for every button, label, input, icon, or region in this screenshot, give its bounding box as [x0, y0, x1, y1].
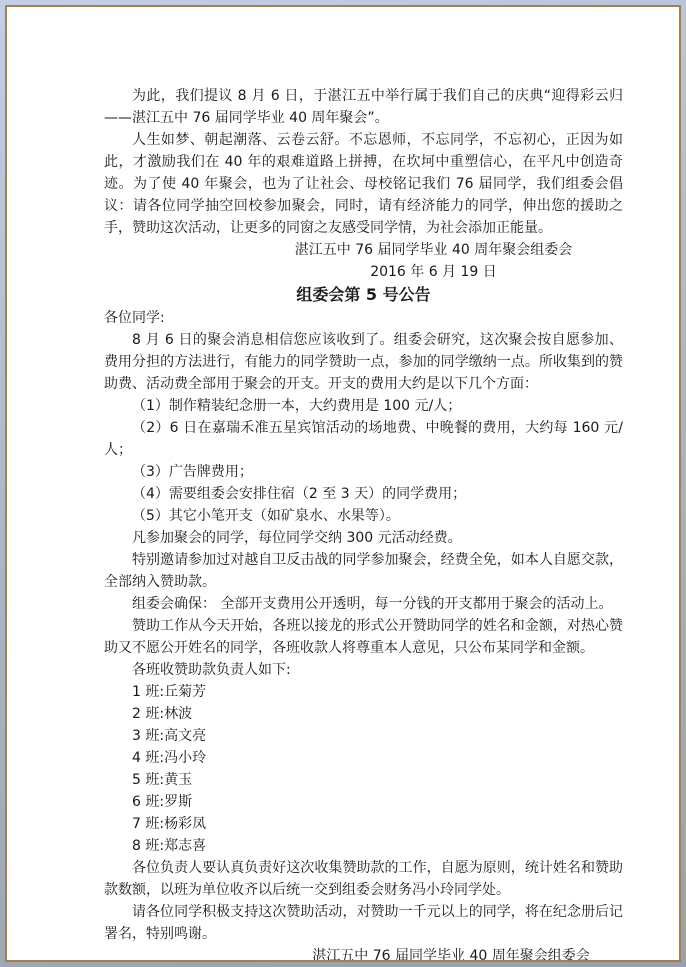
collector-class-6: 6 班:罗斯 [104, 791, 623, 813]
fee-paragraph-1: 凡参加聚会的同学，每位同学交纳 300 元活动经费。 [104, 527, 623, 549]
collector-class-1: 1 班:丘菊芳 [104, 681, 623, 703]
fee-paragraph-4: 赞助工作从今天开始，各班以接龙的形式公开赞助同学的姓名和金额，对热心赞助又不愿公… [104, 615, 623, 659]
intro-paragraph-2: 人生如梦、朝起潮落、云卷云舒。不忘恩师，不忘同学，不忘初心，正因为如此，才激励我… [104, 129, 623, 239]
closing-signature: 湛江五中 76 届同学毕业 40 周年聚会组委会 [104, 945, 623, 962]
expense-item-2: （2）6 日在嘉瑞禾准五星宾馆活动的场地费、中晚餐的费用，大约每 160 元/人… [104, 417, 623, 461]
closing-paragraph-2: 请各位同学积极支持这次赞助活动，对赞助一千元以上的同学，将在纪念册后记署名，特别… [104, 901, 623, 945]
collector-class-4: 4 班:冯小玲 [104, 747, 623, 769]
document-content: 为此，我们提议 8 月 6 日，于湛江五中举行属于我们自己的庆典“迎得彩云归——… [7, 7, 679, 962]
collector-class-8: 8 班:郑志喜 [104, 835, 623, 857]
signature-date: 2016 年 6 月 19 日 [244, 261, 623, 283]
document-page: 为此，我们提议 8 月 6 日，于湛江五中举行属于我们自己的庆典“迎得彩云归——… [5, 5, 681, 962]
document-frame: 为此，我们提议 8 月 6 日，于湛江五中举行属于我们自己的庆典“迎得彩云归——… [0, 0, 686, 967]
notice-intro-paragraph: 8 月 6 日的聚会消息相信您应该收到了。组委会研究，这次聚会按自愿参加、费用分… [104, 329, 623, 395]
collector-class-3: 3 班:高文亮 [104, 725, 623, 747]
fee-paragraph-3: 组委会确保： 全部开支费用公开透明，每一分钱的开支都用于聚会的活动上。 [104, 593, 623, 615]
expense-item-4: （4）需要组委会安排住宿（2 至 3 天）的同学费用； [104, 483, 623, 505]
collector-class-2: 2 班:林波 [104, 703, 623, 725]
collector-class-7: 7 班:杨彩凤 [104, 813, 623, 835]
notice-title: 组委会第 5 号公告 [104, 283, 623, 307]
salutation: 各位同学: [104, 307, 623, 329]
collector-class-5: 5 班:黄玉 [104, 769, 623, 791]
expense-item-1: （1）制作精装纪念册一本，大约费用是 100 元/人； [104, 395, 623, 417]
intro-paragraph-1: 为此，我们提议 8 月 6 日，于湛江五中举行属于我们自己的庆典“迎得彩云归——… [104, 85, 623, 129]
signature-org: 湛江五中 76 届同学毕业 40 周年聚会组委会 [244, 239, 623, 261]
collectors-intro: 各班收赞助款负责人如下: [104, 659, 623, 681]
expense-item-3: （3）广告牌费用； [104, 461, 623, 483]
signature-block: 湛江五中 76 届同学毕业 40 周年聚会组委会 2016 年 6 月 19 日 [104, 239, 623, 283]
expense-item-5: （5）其它小笔开支（如矿泉水、水果等）。 [104, 505, 623, 527]
fee-paragraph-2: 特别邀请参加过对越自卫反击战的同学参加聚会，经费全免，如本人自愿交款，全部纳入赞… [104, 549, 623, 593]
closing-paragraph-1: 各位负责人要认真负责好这次收集赞助款的工作，自愿为原则，统计姓名和赞助款数额，以… [104, 857, 623, 901]
